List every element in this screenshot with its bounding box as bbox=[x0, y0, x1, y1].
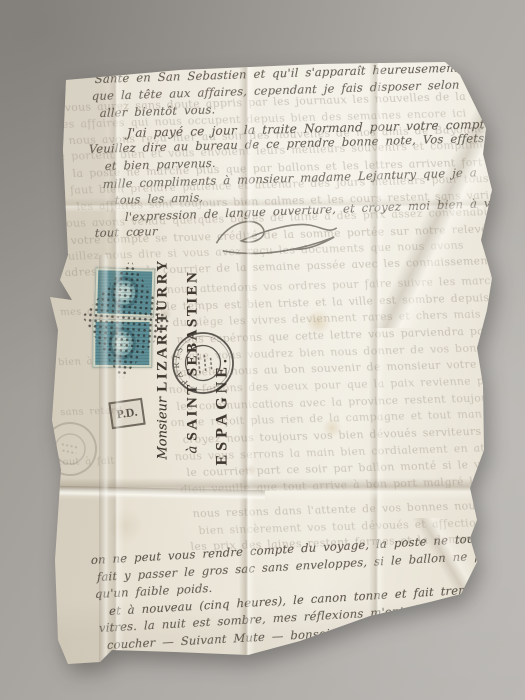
showthrough-line: veuillez nous dire si vous avez reçu les… bbox=[53, 239, 465, 262]
handwriting-line: Santé en San Sebastien et qu'il s'appara… bbox=[95, 59, 525, 86]
handwriting-line: tout cœur bbox=[95, 226, 158, 239]
fold-crease-vertical-3 bbox=[369, 58, 385, 670]
torn-flap-edge bbox=[53, 486, 265, 500]
handwriting-line: et à nouveau (cinq heures), le canon ton… bbox=[109, 579, 525, 617]
showthrough-line: vous aurez sans doute appris par les jou… bbox=[63, 89, 512, 113]
address-prefix: à bbox=[186, 446, 201, 454]
diagonal-crease-bottom-right bbox=[395, 518, 497, 638]
svg-text:PARIS: PARIS bbox=[169, 342, 190, 389]
showthrough-line: votre compte se trouve crédité de la som… bbox=[69, 223, 489, 246]
handwriting-line: que la tête aux affaires, cependant je f… bbox=[92, 76, 525, 102]
fold-crease-vertical-2 bbox=[239, 58, 255, 670]
handwriting-line: J'ai payé ce jour la traite Normand pour… bbox=[127, 116, 525, 139]
handwriting-line: et bien parvenus. bbox=[105, 158, 216, 173]
handwriting-line: fait y passer le gros sac sans enveloppe… bbox=[97, 547, 525, 583]
handwriting-line: tous les amis, bbox=[115, 192, 204, 206]
showthrough-line: la poste ne marche plus que par ballons … bbox=[71, 156, 514, 179]
showthrough-line: les prix des laines restent fermes et la… bbox=[189, 530, 525, 552]
showthrough-line: nous avons reçu hier au soir des nouvell… bbox=[67, 123, 510, 146]
handwriting-line: mille compliments à monsieur madame Leja… bbox=[103, 167, 477, 190]
showthrough-line: il faut bien prendre patience et attendr… bbox=[55, 173, 490, 196]
fold-crease-horizontal-1 bbox=[45, 198, 497, 212]
showthrough-line: bien sincèrement vos tout dévoués et aff… bbox=[197, 515, 525, 536]
photo-of-antique-letter: vous aurez sans doute appris par les jou… bbox=[0, 0, 525, 700]
cds-town-label: PARIS bbox=[169, 342, 190, 389]
letter-paper-wrap: vous aurez sans doute appris par les jou… bbox=[45, 58, 497, 670]
handwriting-line: on ne peut vous rendre compte du voyage,… bbox=[91, 527, 525, 567]
handwriting-line: aller bientôt vous. bbox=[100, 104, 216, 119]
letter-paper: vous aurez sans doute appris par les jou… bbox=[45, 58, 497, 670]
handwriting-line: vitres. la nuit est sombre, mes réflexio… bbox=[99, 599, 525, 635]
faint-circular-postmark bbox=[33, 412, 107, 486]
showthrough-line: des affaires qui nous occupent depuis bi… bbox=[53, 107, 468, 130]
handwriting-line: coucher — Suivant Mute — bonsoir bbox=[107, 628, 336, 651]
circular-datestamp-paris: PARIS bbox=[162, 322, 244, 404]
showthrough-line: nous avons vendu quelques balles de lain… bbox=[57, 206, 502, 229]
handwriting-line: qu'un faible poids. bbox=[95, 583, 213, 601]
address-salutation: Monsieur bbox=[156, 397, 171, 460]
showthrough-line: les affaires sont toujours bien calmes e… bbox=[75, 189, 520, 212]
signature-flourish bbox=[209, 207, 346, 262]
fold-crease-horizontal-2 bbox=[45, 478, 497, 500]
handwriting-line: l'expression de langue ouverture, et cro… bbox=[125, 196, 525, 223]
showthrough-line: nous restons dans l'attente de vos bonne… bbox=[191, 496, 525, 519]
showthrough-line: se portent bien et vous envoient leurs m… bbox=[51, 138, 506, 162]
diagonal-crease-top-right bbox=[345, 58, 497, 328]
handwriting-line: Veuillez dire au bureau de ce prendre bo… bbox=[89, 130, 525, 155]
pd-paid-mark: P.D. bbox=[108, 398, 145, 429]
